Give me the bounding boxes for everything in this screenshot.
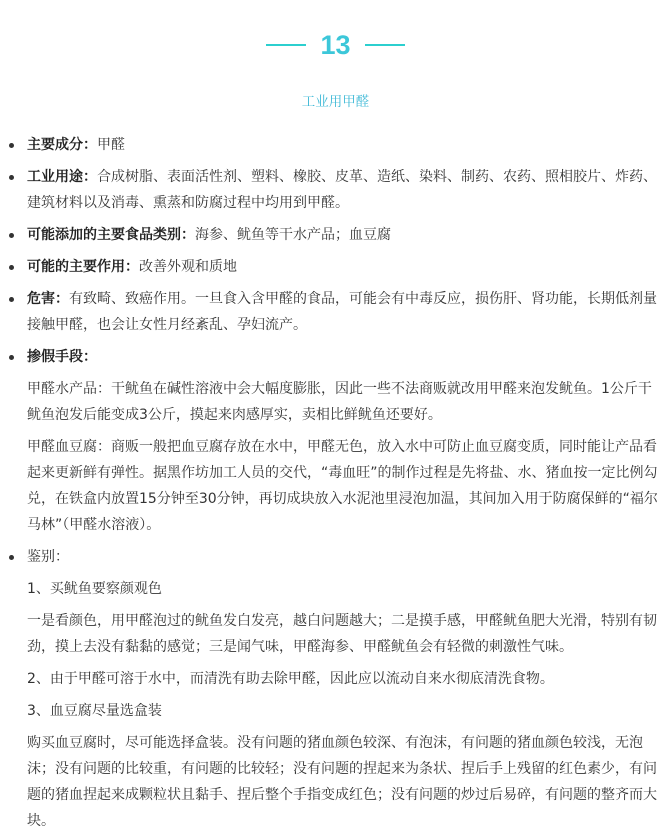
bullet-icon (9, 297, 14, 302)
list-item-industrial-use: 工业用途：合成树脂、表面活性剂、塑料、橡胶、皮革、造纸、染料、制药、农药、照相胶… (0, 164, 671, 216)
section-header: 13 工业用甲醛 (0, 0, 671, 120)
section-number: 13 (320, 28, 350, 62)
item-text: 改善外观和质地 (139, 259, 237, 275)
adulteration-seafood: 甲醛水产品：干鱿鱼在碱性溶液中会大幅度膨胀，因此一些不法商贩就改用甲醛来泡发鱿鱼… (0, 376, 671, 428)
bullet-icon (9, 175, 14, 180)
item-text: 甲醛 (97, 137, 125, 153)
bullet-icon (9, 265, 14, 270)
article-body: 主要成分：甲醛 工业用途：合成树脂、表面活性剂、塑料、橡胶、皮革、造纸、染料、制… (0, 132, 671, 833)
item-label: 掺假手段： (27, 349, 97, 365)
adulteration-blood-tofu: 甲醛血豆腐：商贩一般把血豆腐存放在水中，甲醛无色，放入水中可防止血豆腐变质，同时… (0, 434, 671, 538)
identification-text-3: 购买血豆腐时，尽可能选择盒装。没有问题的猪血颜色较深、有泡沫，有问题的猪血颜色较… (0, 730, 671, 833)
list-item-hazard: 危害：有致畸、致癌作用。一旦食入含甲醛的食品，可能会有中毒反应，损伤肝、肾功能，… (0, 286, 671, 338)
item-label: 危害： (27, 291, 69, 307)
section-title: 工业用甲醛 (0, 90, 671, 110)
list-item-food-categories: 可能添加的主要食品类别：海参、鱿鱼等干水产品；血豆腐 (0, 222, 671, 248)
bullet-icon (9, 143, 14, 148)
item-label: 可能添加的主要食品类别： (27, 227, 195, 243)
identification-text-1: 一是看颜色，用甲醛泡过的鱿鱼发白发亮，越白问题越大；二是摸手感，甲醛鱿鱼肥大光滑… (0, 608, 671, 660)
item-text: 合成树脂、表面活性剂、塑料、橡胶、皮革、造纸、染料、制药、农药、照相胶片、炸药、… (27, 169, 657, 211)
item-text: 海参、鱿鱼等干水产品；血豆腐 (195, 227, 391, 243)
section-number-row: 13 (0, 28, 671, 62)
identification-heading-1: 1、买鱿鱼要察颜观色 (0, 576, 671, 602)
list-item-identification: 鉴别： (0, 544, 671, 570)
item-label: 可能的主要作用： (27, 259, 139, 275)
list-item-main-component: 主要成分：甲醛 (0, 132, 671, 158)
item-label: 工业用途： (27, 169, 97, 185)
list-item-adulteration: 掺假手段： (0, 344, 671, 370)
item-label: 鉴别： (27, 549, 69, 565)
list-item-main-effect: 可能的主要作用：改善外观和质地 (0, 254, 671, 280)
decorative-line-left (266, 44, 306, 46)
bullet-icon (9, 233, 14, 238)
identification-heading-3: 3、血豆腐尽量选盒装 (0, 698, 671, 724)
decorative-line-right (365, 44, 405, 46)
identification-text-2: 2、由于甲醛可溶于水中，而清洗有助去除甲醛，因此应以流动自来水彻底清洗食物。 (0, 666, 671, 692)
item-text: 有致畸、致癌作用。一旦食入含甲醛的食品，可能会有中毒反应，损伤肝、肾功能，长期低… (27, 291, 657, 333)
bullet-icon (9, 355, 14, 360)
bullet-icon (9, 555, 14, 560)
item-label: 主要成分： (27, 137, 97, 153)
